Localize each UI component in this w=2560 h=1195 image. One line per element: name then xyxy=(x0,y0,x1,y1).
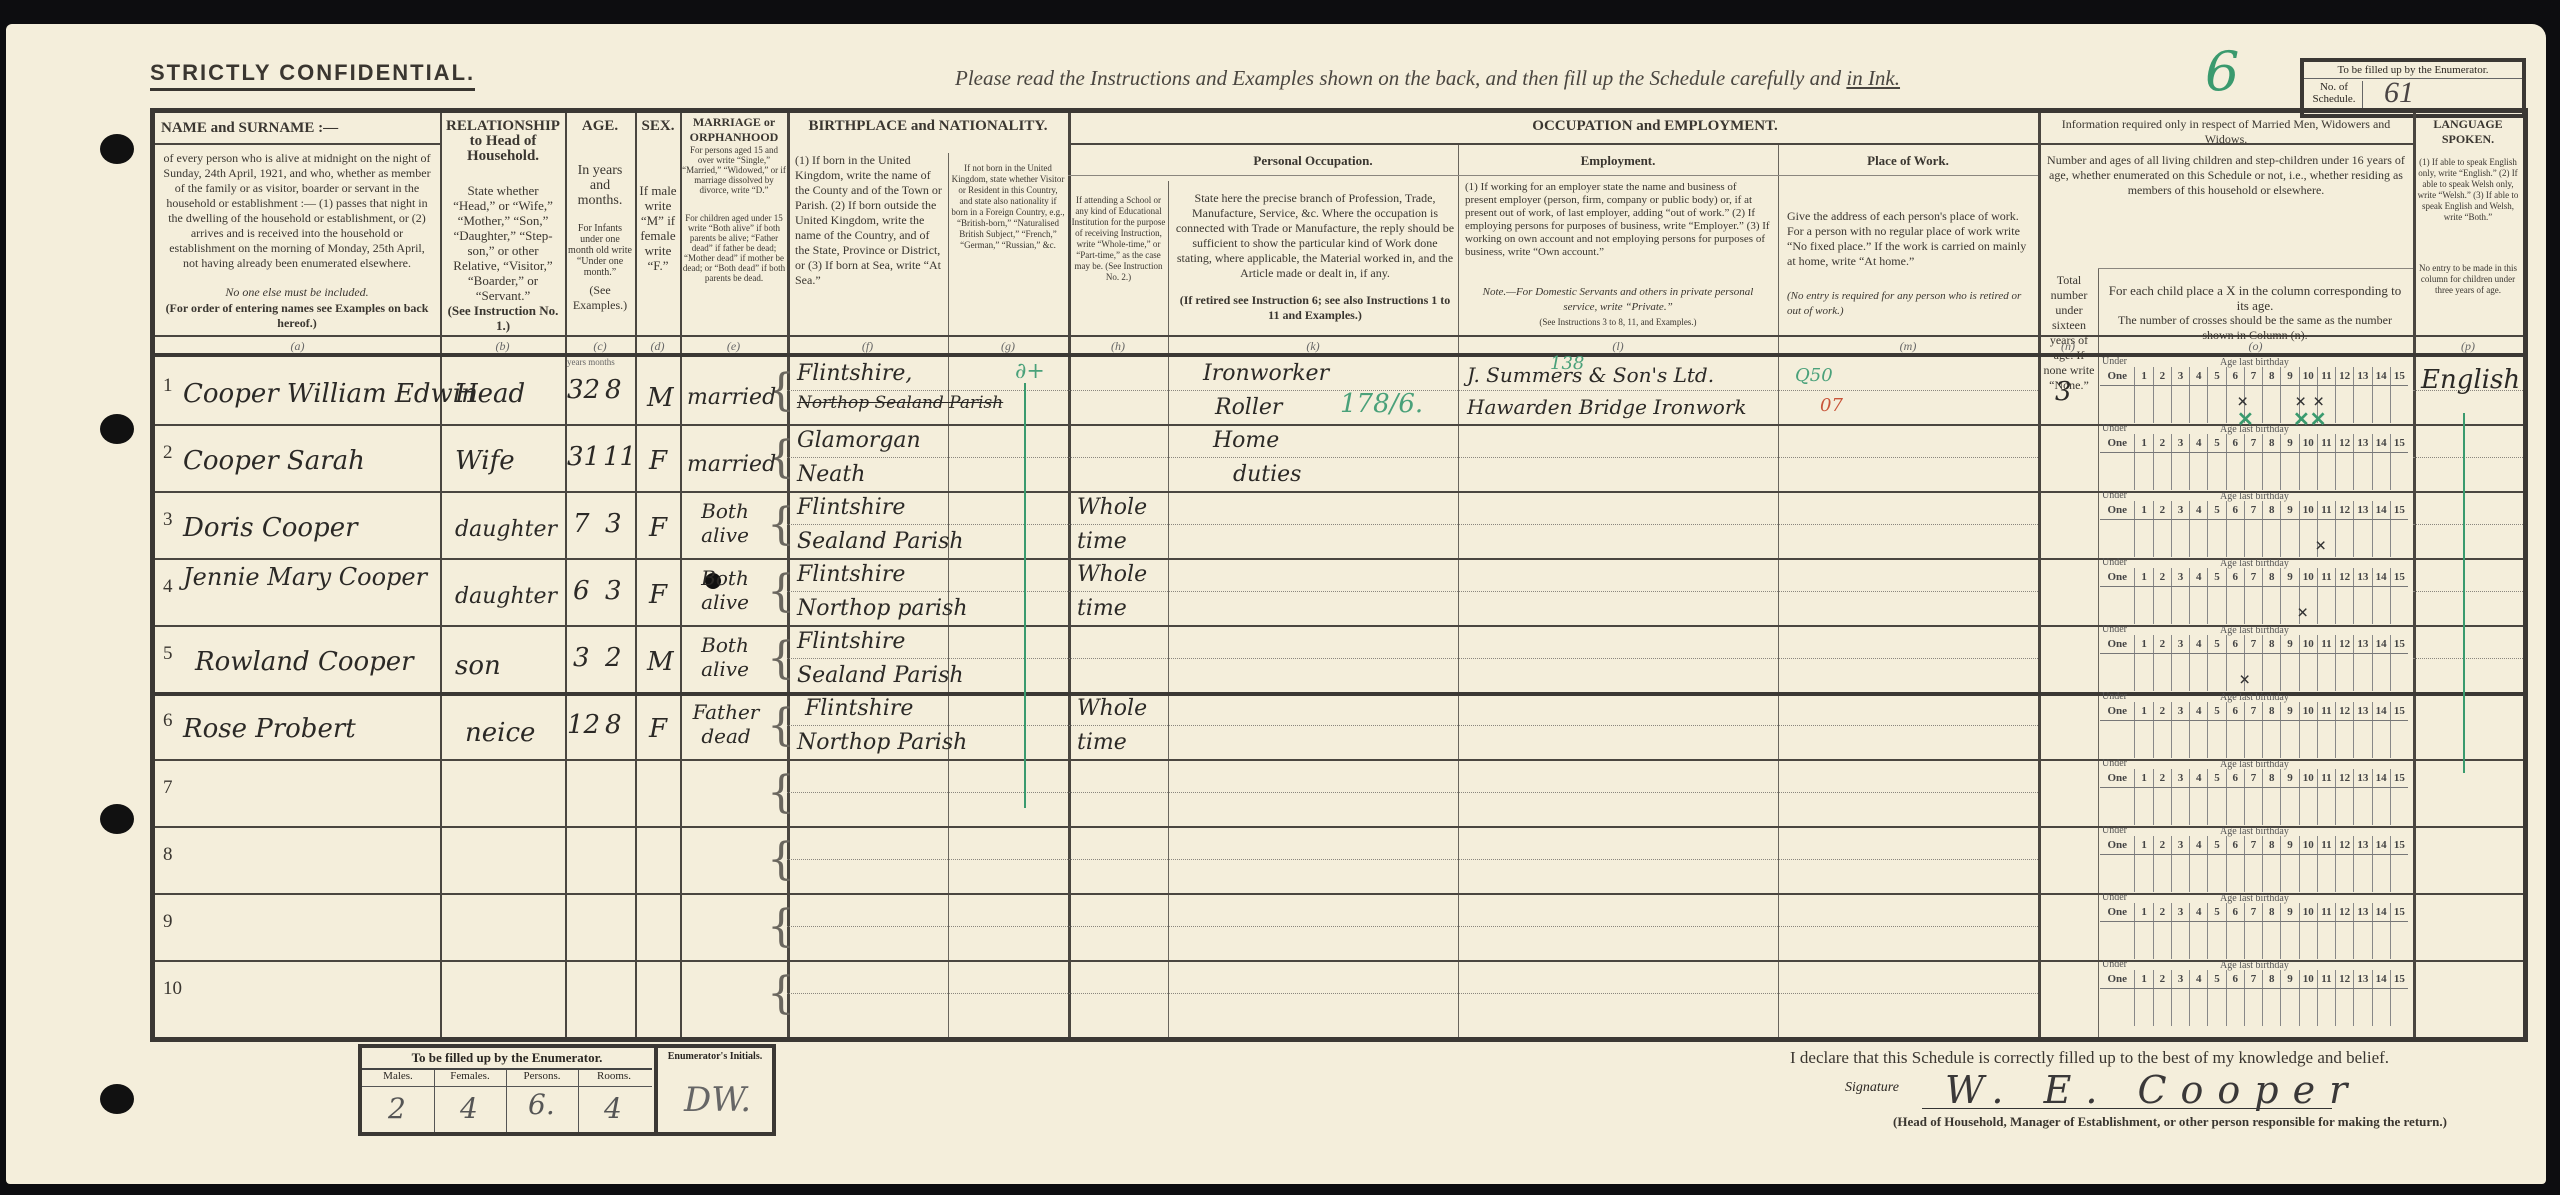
rooms-label: Rooms. xyxy=(578,1070,650,1082)
col-letter-m: (m) xyxy=(1778,339,2038,354)
col-e-children: For children aged under 15 write “Both a… xyxy=(682,213,786,283)
birthplace-line2[interactable]: Sealand Parish xyxy=(797,529,964,554)
punch-hole xyxy=(100,804,134,834)
child-cross: × xyxy=(2239,669,2250,692)
person-name[interactable]: Rowland Cooper xyxy=(195,647,414,677)
school-line2[interactable]: time xyxy=(1077,596,1127,621)
age-years[interactable]: 3 xyxy=(573,643,590,673)
sex[interactable]: F xyxy=(649,446,667,476)
declaration-text: I declare that this Schedule is correctl… xyxy=(1790,1048,2389,1068)
initials-label: Enumerator's Initials. xyxy=(658,1048,772,1066)
col-p-body: (1) If able to speak English only, write… xyxy=(2416,157,2520,223)
margin-mark: 6 xyxy=(2205,40,2239,103)
age-months[interactable]: 3 xyxy=(605,576,622,606)
marriage-status[interactable]: married xyxy=(687,452,776,477)
col-l-ref: (See Instructions 3 to 8, 11, and Exampl… xyxy=(1465,315,1771,330)
school-line2[interactable]: time xyxy=(1077,730,1127,755)
fill-instructions: Please read the Instructions and Example… xyxy=(955,66,1900,91)
children-total[interactable]: 3 xyxy=(2055,377,2072,407)
col-a-note: No one else must be included. xyxy=(161,285,433,300)
person-name[interactable]: Cooper William Edwin xyxy=(183,379,478,409)
birthplace-line1[interactable]: Flintshire xyxy=(797,562,905,587)
col-letter-c: (c) xyxy=(565,339,635,354)
row-number: 1 xyxy=(163,375,173,397)
row-number: 2 xyxy=(163,442,173,464)
marriage-status[interactable]: Both alive xyxy=(695,633,755,681)
age-years[interactable]: 31 xyxy=(567,442,600,472)
col-a-title: NAME and SURNAME :— xyxy=(161,121,338,136)
females-count[interactable]: 4 xyxy=(460,1092,478,1125)
col-letter-g: (g) xyxy=(948,339,1068,354)
col-b-ref: (See Instruction No. 1.) xyxy=(445,303,561,333)
child-cross: × xyxy=(2297,602,2308,625)
relationship[interactable]: Wife xyxy=(455,446,515,476)
summary-title: To be filled up by the Enumerator. xyxy=(362,1048,652,1070)
age-grid-row-3: UnderAge last birthdayOne123456789101112… xyxy=(2100,491,2408,557)
row-number: 9 xyxy=(163,911,173,933)
col-letter-l: (l) xyxy=(1458,339,1778,354)
relationship[interactable]: son xyxy=(455,651,501,681)
marriage-status[interactable]: Both alive xyxy=(695,499,755,547)
person-name[interactable]: Cooper Sarah xyxy=(183,446,365,476)
row-number: 6 xyxy=(163,710,173,732)
col-b-title: RELATIONSHIP to Head of Household. xyxy=(443,119,563,164)
employer-code: 138 xyxy=(1550,353,1584,374)
relationship[interactable]: daughter xyxy=(455,517,557,542)
employer-line1[interactable]: J. Summers & Son's Ltd. xyxy=(1467,363,1714,387)
occupation-line1[interactable]: Ironworker xyxy=(1203,361,1329,386)
language-tick-line xyxy=(2463,413,2465,773)
birthplace-line2[interactable]: Neath xyxy=(797,462,865,487)
males-label: Males. xyxy=(362,1070,434,1082)
age-years[interactable]: 12 xyxy=(567,710,600,740)
col-e-body: For persons aged 15 and over write “Sing… xyxy=(682,145,786,195)
col-letter-k: (k) xyxy=(1168,339,1458,354)
col-m-title: Place of Work. xyxy=(1780,153,2036,168)
col-k-ref: (If retired see Instruction 6; see also … xyxy=(1175,293,1455,323)
language-spoken[interactable]: English xyxy=(2421,365,2520,395)
age-months[interactable]: 11 xyxy=(603,442,636,472)
col-n-group: Information required only in respect of … xyxy=(2041,117,2411,147)
age-subheader: years months xyxy=(567,357,615,367)
birthplace-line2[interactable]: Sealand Parish xyxy=(797,663,964,688)
marriage-status[interactable]: Father dead xyxy=(691,700,761,748)
place-code-red: 07 xyxy=(1820,395,1843,416)
col-f-group-title: BIRTHPLACE and NATIONALITY. xyxy=(789,119,1067,134)
employer-line2[interactable]: Hawarden Bridge Ironwork xyxy=(1467,395,1747,419)
age-months[interactable]: 8 xyxy=(605,710,622,740)
relationship[interactable]: neice xyxy=(465,718,535,748)
females-label: Females. xyxy=(434,1070,506,1082)
schedule-number-label: No. of Schedule. xyxy=(2306,81,2363,111)
col-m-note: (No entry is required for any person who… xyxy=(1787,289,2033,319)
school-line1[interactable]: Whole xyxy=(1077,696,1147,721)
schedule-number-value[interactable]: 61 xyxy=(2384,76,2414,110)
punch-hole xyxy=(100,414,134,444)
col-letter-f: (f) xyxy=(787,339,948,354)
col-letter-e: (e) xyxy=(680,339,787,354)
school-line1[interactable]: Whole xyxy=(1077,562,1147,587)
person-name[interactable]: Doris Cooper xyxy=(183,513,358,543)
col-a-order: (For order of entering names see Example… xyxy=(161,301,433,331)
age-grid-row-6: UnderAge last birthdayOne123456789101112… xyxy=(2100,692,2408,758)
col-letter-p: (p) xyxy=(2413,339,2523,354)
col-g-body: If not born in the United Kingdom, state… xyxy=(951,163,1065,251)
page-title: STRICTLY CONFIDENTIAL. xyxy=(150,60,475,91)
col-o-body: For each child place a X in the column c… xyxy=(2105,283,2405,313)
person-name[interactable]: Rose Probert xyxy=(183,714,356,744)
census-table: NAME and SURNAME :— of every person who … xyxy=(150,108,2528,1042)
col-n-subgroup: Number and ages of all living children a… xyxy=(2041,153,2411,198)
birthplace-line2[interactable]: Northop Sealand Parish xyxy=(797,393,1003,413)
marriage-status[interactable]: Both alive xyxy=(695,566,755,614)
col-b-body: State whether “Head,” or “Wife,” “Mother… xyxy=(445,183,561,303)
col-letter-o: (o) xyxy=(2098,339,2413,354)
col-l-title: Employment. xyxy=(1460,153,1776,168)
age-grid-row-5: UnderAge last birthdayOne123456789101112… xyxy=(2100,625,2408,691)
enumerator-tick-line xyxy=(1024,383,1026,808)
age-months[interactable]: 8 xyxy=(605,375,622,405)
sex[interactable]: F xyxy=(649,513,667,543)
col-l-note: Note.—For Domestic Servants and others i… xyxy=(1465,285,1771,315)
sex[interactable]: M xyxy=(647,647,674,677)
col-c-infants: For Infants under one month old write “U… xyxy=(567,223,633,278)
col-c-title: AGE. xyxy=(567,119,633,134)
sex[interactable]: F xyxy=(649,714,667,744)
age-years[interactable]: 7 xyxy=(573,509,590,539)
relationship[interactable]: Head xyxy=(455,379,525,409)
age-grid-row-10: UnderAge last birthdayOne123456789101112… xyxy=(2100,960,2408,1026)
col-d-title: SEX. xyxy=(637,119,679,134)
birthplace-line2[interactable]: Northop parish xyxy=(797,596,968,621)
sex[interactable]: M xyxy=(647,383,674,413)
col-c-body: In years and months. xyxy=(567,163,633,208)
person-name[interactable]: Jennie Mary Cooper xyxy=(183,565,433,589)
age-grid-row-8: UnderAge last birthdayOne123456789101112… xyxy=(2100,826,2408,892)
age-years[interactable]: 32 xyxy=(567,375,600,405)
punch-hole xyxy=(100,1084,134,1114)
males-count[interactable]: 2 xyxy=(388,1092,406,1125)
sex[interactable]: F xyxy=(649,580,667,610)
occupation-line1[interactable]: Home xyxy=(1213,428,1279,453)
birthplace-line1[interactable]: Flintshire xyxy=(797,495,905,520)
col-p-note: No entry to be made in this column for c… xyxy=(2416,263,2520,296)
col-h-body: If attending a School or any kind of Edu… xyxy=(1071,195,1166,283)
col-e-title: MARRIAGE or ORPHANHOOD xyxy=(682,115,786,145)
enumerator-summary-box: To be filled up by the Enumerator. Enume… xyxy=(358,1044,776,1136)
col-letter-a: (a) xyxy=(155,339,440,354)
persons-count[interactable]: 6. xyxy=(528,1088,555,1121)
school-line1[interactable]: Whole xyxy=(1077,495,1147,520)
row-number: 5 xyxy=(163,643,173,665)
occupation-line2[interactable]: Roller xyxy=(1215,395,1282,420)
col-k-body: State here the precise branch of Profess… xyxy=(1175,191,1455,281)
age-years[interactable]: 6 xyxy=(573,576,590,606)
occupation-group-title: OCCUPATION and EMPLOYMENT. xyxy=(1455,119,1855,134)
persons-label: Persons. xyxy=(506,1070,578,1082)
col-l-body: (1) If working for an employer state the… xyxy=(1465,181,1771,259)
signature-caption: (Head of Household, Manager of Establish… xyxy=(1893,1114,2447,1130)
col-n-body: Total number under sixteen years of age.… xyxy=(2041,273,2097,393)
birthplace-line1[interactable]: Flintshire xyxy=(805,696,913,721)
marriage-status[interactable]: married xyxy=(687,385,776,410)
signature-label: Signature xyxy=(1845,1080,1899,1096)
col-f-body: (1) If born in the United Kingdom, write… xyxy=(795,153,945,288)
col-p-title: LANGUAGE SPOKEN. xyxy=(2416,117,2520,147)
col-d-body: If male write “M” if female write “F.” xyxy=(637,183,679,273)
age-grid-row-2: UnderAge last birthdayOne123456789101112… xyxy=(2100,424,2408,490)
col-letter-n: (n) xyxy=(2038,339,2098,354)
col-k-title: Personal Occupation. xyxy=(1170,153,1456,168)
relationship[interactable]: daughter xyxy=(455,584,557,609)
col-letter-h: (h) xyxy=(1068,339,1168,354)
row-number: 3 xyxy=(163,509,173,531)
age-months[interactable]: 3 xyxy=(605,509,622,539)
col-a-body: of every person who is alive at midnight… xyxy=(161,151,433,271)
child-cross: × xyxy=(2315,535,2326,558)
row-number: 7 xyxy=(163,777,173,799)
occupation-code: 178/6. xyxy=(1340,389,1423,419)
signature-value[interactable]: W. E. Cooper xyxy=(1945,1068,2361,1112)
occupation-line2[interactable]: duties xyxy=(1233,462,1301,487)
rooms-count[interactable]: 4 xyxy=(604,1092,622,1125)
col-c-ref: (See Examples.) xyxy=(567,283,633,313)
row-number: 4 xyxy=(163,576,173,598)
enumerator-initials[interactable]: DW. xyxy=(684,1080,751,1120)
enumerator-mark: ∂+ xyxy=(1015,359,1045,384)
age-months[interactable]: 2 xyxy=(605,643,622,673)
birthplace-line1[interactable]: Flintshire, xyxy=(797,361,912,386)
row-number: 8 xyxy=(163,844,173,866)
row-number: 10 xyxy=(163,978,182,1000)
age-grid-row-4: UnderAge last birthdayOne123456789101112… xyxy=(2100,558,2408,624)
punch-hole xyxy=(100,134,134,164)
school-line2[interactable]: time xyxy=(1077,529,1127,554)
age-grid-row-9: UnderAge last birthdayOne123456789101112… xyxy=(2100,893,2408,959)
age-grid-row-7: UnderAge last birthdayOne123456789101112… xyxy=(2100,759,2408,825)
place-code-green: Q50 xyxy=(1795,365,1833,386)
col-letter-b: (b) xyxy=(440,339,565,354)
birthplace-line1[interactable]: Flintshire xyxy=(797,629,905,654)
birthplace-line1[interactable]: Glamorgan xyxy=(797,428,921,453)
age-grid-row-1: UnderAge last birthday One12345678910111… xyxy=(2100,357,2408,423)
col-letter-d: (d) xyxy=(635,339,680,354)
birthplace-line2[interactable]: Northop Parish xyxy=(797,730,967,755)
col-m-body: Give the address of each person's place … xyxy=(1787,209,2033,269)
